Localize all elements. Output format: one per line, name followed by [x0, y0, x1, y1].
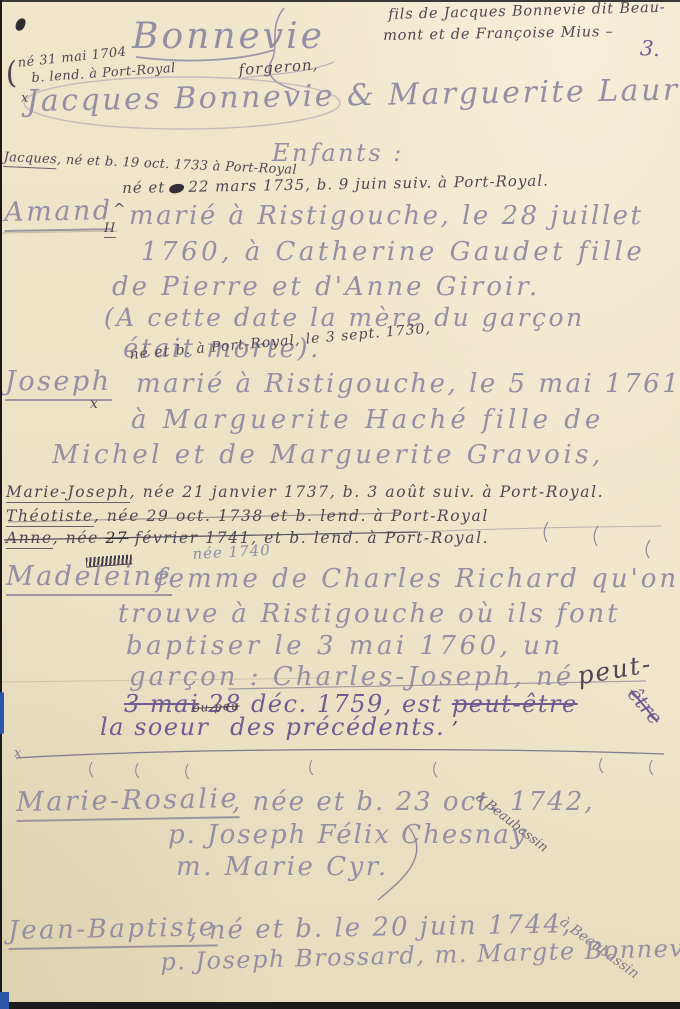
generation-mark: II	[104, 221, 116, 238]
entry-madeleine-name: Madeleine	[6, 561, 172, 592]
madeleine-line1: femme de Charles Richard qu'on	[156, 564, 679, 594]
divider-tick	[136, 763, 139, 778]
amand-line3: de Pierre et d'Anne Giroir.	[112, 272, 540, 302]
insertion-mark: x	[90, 396, 99, 412]
divider-tick	[90, 762, 93, 777]
scan-edge-top	[0, 0, 680, 2]
madeleine-line2: trouve à Ristigouche où ils font	[118, 599, 620, 629]
caret-mark: ^	[113, 200, 127, 218]
child-name: Anne	[6, 529, 53, 549]
divider-tick	[600, 758, 603, 773]
entry-text: février 1741, et b. lend. à Port-Royal.	[128, 529, 489, 547]
marie-rosalie-line2: p. Joseph Félix Chesnay	[168, 820, 528, 850]
child-name: Marie-Joseph	[6, 483, 130, 503]
entry-text: , née 29 oct. 1738 et b. lend. à Port-Ro…	[94, 507, 489, 525]
marie-rosalie-line1: , née et b. 23 oct. 1742,	[232, 787, 595, 817]
child-name: Marie-Rosalie	[16, 783, 239, 822]
blue-mark-bottom-left	[0, 992, 9, 1009]
madeleine-line3: baptiser le 3 mai 1760, un	[126, 631, 564, 661]
entry-jean-baptiste-name: Jean-Baptiste	[8, 912, 217, 946]
joseph-line1: marié à Ristigouche, le 5 mai 1761,	[136, 369, 680, 399]
pencil-tick	[646, 540, 650, 558]
page-title: Bonnevie	[132, 16, 325, 57]
divider-tick	[310, 760, 313, 775]
entry-theotiste: Théotiste, née 29 oct. 1738 et b. lend. …	[6, 507, 489, 525]
children-heading: Enfants :	[272, 139, 404, 167]
joseph-line2: à Marguerite Haché fille de	[131, 405, 604, 435]
madeleine-line6a: la soeur	[100, 713, 210, 741]
entry-joseph-name: Joseph	[5, 366, 112, 397]
child-name: Jean-Baptiste	[8, 912, 217, 950]
struck-day: 27	[105, 529, 128, 547]
entry-amand-name: Amand	[4, 195, 113, 228]
crossed-out-blot	[169, 182, 185, 193]
madeleine-line4: garçon : Charles-Joseph, né	[129, 662, 574, 692]
pencil-tick	[544, 522, 548, 542]
child-name: Jacques	[3, 150, 57, 169]
divider-tick	[650, 760, 653, 775]
page-number: 3.	[639, 36, 661, 61]
child-name: Théotiste	[6, 507, 94, 527]
amand-line1: marié à Ristigouche, le 28 juillet	[129, 201, 643, 231]
manuscript-page: Bonnevie fils de Jacques Bonnevie dit Be…	[0, 0, 680, 1009]
child-name: Madeleine	[6, 561, 172, 596]
scan-edge-bottom	[0, 1002, 680, 1009]
struck-word: peut-être	[452, 690, 578, 718]
entry-marie-rosalie-name: Marie-Rosalie	[16, 783, 239, 818]
joseph-line3: Michel et de Marguerite Gravois,	[52, 440, 604, 470]
divider-x-mark: x	[14, 746, 21, 761]
blue-mark-left	[0, 692, 4, 734]
entry-text: , née	[53, 529, 106, 547]
entry-marie-joseph: Marie-Joseph, née 21 janvier 1737, b. 3 …	[6, 483, 604, 501]
note-text: né et	[122, 178, 166, 197]
divider-line	[16, 749, 664, 758]
divider-tick	[434, 762, 437, 777]
child-name: Amand	[4, 195, 113, 232]
pencil-tick	[594, 526, 598, 546]
marie-rosalie-line3: m. Marie Cyr.	[176, 852, 389, 882]
pencil-tick: ,	[452, 704, 459, 728]
madeleine-line6b: des précédents.	[230, 713, 445, 741]
amand-line2: 1760, à Catherine Gaudet fille	[141, 237, 645, 267]
scan-edge-left	[0, 0, 2, 1009]
entry-text: , née 21 janvier 1737, b. 3 août suiv. à…	[130, 483, 605, 501]
divider-tick	[186, 764, 189, 779]
